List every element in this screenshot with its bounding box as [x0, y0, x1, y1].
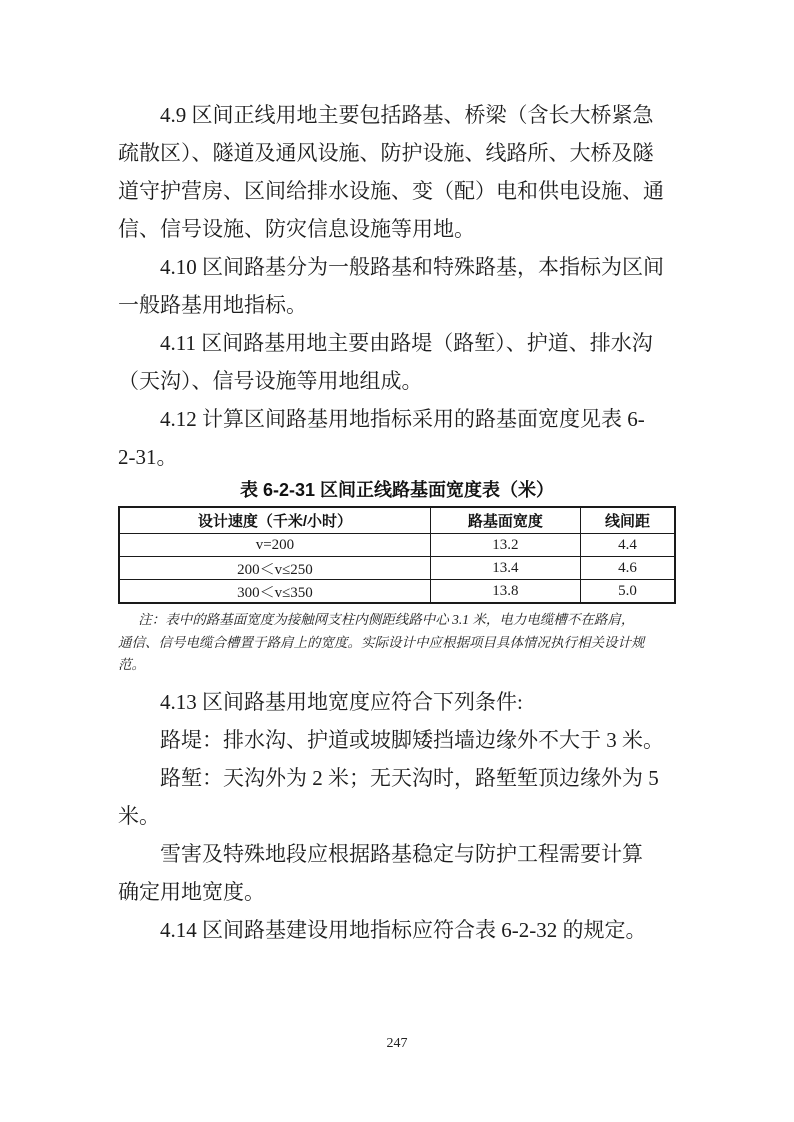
table-header-row: 设计速度（千米/小时） 路基面宽度 线间距 — [119, 507, 675, 534]
table-title: 表 6-2-31 区间正线路基面宽度表（米） — [118, 478, 676, 502]
page-number: 247 — [0, 1036, 794, 1052]
paragraph-4-9: 4.9 区间正线用地主要包括路基、桥梁（含长大桥紧急 疏散区）、隧道及通风设施、… — [118, 96, 676, 248]
table-cell-spacing: 4.4 — [580, 534, 675, 557]
table-cell-width: 13.2 — [430, 534, 580, 557]
table-cell-speed: v=200 — [119, 534, 430, 557]
document-page: 4.9 区间正线用地主要包括路基、桥梁（含长大桥紧急 疏散区）、隧道及通风设施、… — [0, 0, 794, 1122]
table-cell-speed: 200＜v≤250 — [119, 557, 430, 580]
table-cell-speed: 300＜v≤350 — [119, 580, 430, 604]
table-row: v=200 13.2 4.4 — [119, 534, 675, 557]
table-row: 300＜v≤350 13.8 5.0 — [119, 580, 675, 604]
paragraph-4-13: 4.13 区间路基用地宽度应符合下列条件: — [118, 683, 676, 721]
table-row: 200＜v≤250 13.4 4.6 — [119, 557, 675, 580]
paragraph-4-10: 4.10 区间路基分为一般路基和特殊路基，本指标为区间 一般路基用地指标。 — [118, 248, 676, 324]
paragraph-snow-hazard: 雪害及特殊地段应根据路基稳定与防护工程需要计算 确定用地宽度。 — [118, 835, 676, 911]
paragraph-embankment: 路堤：排水沟、护道或坡脚矮挡墙边缘外不大于 3 米。 — [118, 721, 676, 759]
table-cell-width: 13.8 — [430, 580, 580, 604]
page-content: 4.9 区间正线用地主要包括路基、桥梁（含长大桥紧急 疏散区）、隧道及通风设施、… — [118, 96, 676, 949]
paragraph-cutting: 路堑：天沟外为 2 米；无天沟时，路堑堑顶边缘外为 5 米。 — [118, 759, 676, 835]
table-note: 注：表中的路基面宽度为接触网支柱内侧距线路中心 3.1 米，电力电缆槽不在路肩，… — [118, 609, 676, 677]
paragraph-4-11: 4.11 区间路基用地主要由路堤（路堑）、护道、排水沟 （天沟）、信号设施等用地… — [118, 324, 676, 400]
table-header-track-spacing: 线间距 — [580, 507, 675, 534]
table-cell-width: 13.4 — [430, 557, 580, 580]
table-cell-spacing: 4.6 — [580, 557, 675, 580]
table-header-design-speed: 设计速度（千米/小时） — [119, 507, 430, 534]
table-header-roadbed-width: 路基面宽度 — [430, 507, 580, 534]
paragraph-4-12: 4.12 计算区间路基用地指标采用的路基面宽度见表 6- 2-31。 — [118, 400, 676, 476]
table-cell-spacing: 5.0 — [580, 580, 675, 604]
paragraph-4-14: 4.14 区间路基建设用地指标应符合表 6-2-32 的规定。 — [118, 911, 676, 949]
roadbed-width-table: 设计速度（千米/小时） 路基面宽度 线间距 v=200 13.2 4.4 200… — [118, 506, 676, 604]
